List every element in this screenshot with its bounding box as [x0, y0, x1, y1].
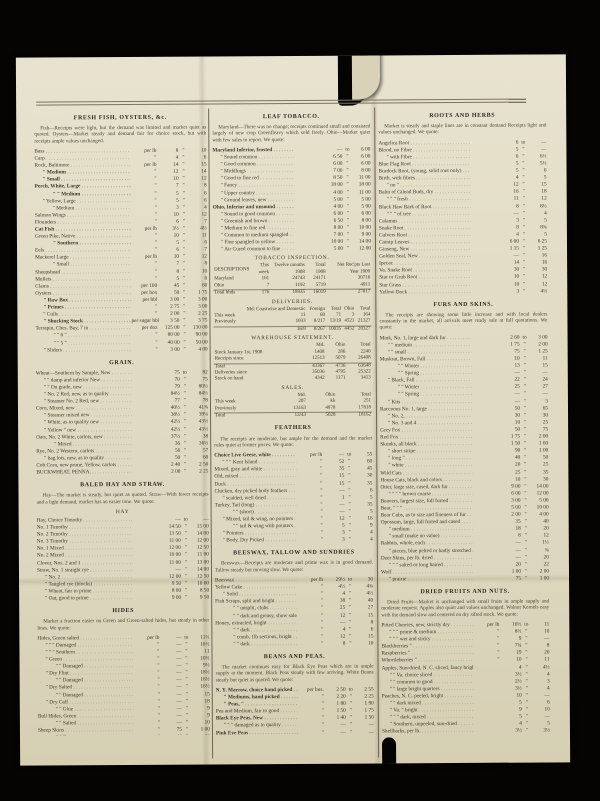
column-1: FRESH FISH, OYSTERS, &c.Fish—Receipts we…	[34, 109, 210, 736]
range-separator: "	[520, 405, 530, 412]
range-separator: "	[346, 729, 356, 734]
range-separator: "	[521, 554, 531, 561]
range-separator: "	[180, 412, 190, 419]
column-3: ROOTS AND HERBSMarket is steady and stap…	[378, 106, 550, 733]
range-separator: "	[178, 162, 188, 169]
range-separator: "	[521, 519, 531, 526]
item-name: Yellow Dock	[379, 289, 471, 297]
range-separator: "	[179, 233, 189, 240]
table-cell: 3413	[347, 376, 372, 383]
range-separator: to	[181, 517, 191, 524]
range-separator: "	[346, 701, 356, 708]
price-low: 9 00	[159, 595, 181, 602]
range-separator: "	[522, 685, 532, 692]
range-separator: "	[182, 698, 192, 705]
table-total-cell: 10035	[326, 326, 342, 333]
range-separator: "	[520, 434, 530, 441]
range-separator: "	[181, 580, 191, 587]
range-separator: "	[181, 595, 191, 602]
range-separator: "	[182, 734, 192, 736]
range-separator: "	[181, 656, 191, 663]
range-separator: "	[522, 721, 532, 728]
table-total-cell: 16/8	[239, 326, 306, 333]
section-title: BEANS AND PEAS.	[215, 654, 373, 662]
price-row: " Sliders"3 00"4 00	[36, 346, 208, 354]
table-cell: 12513	[300, 356, 325, 363]
range-separator: "	[180, 447, 190, 454]
table-total-cell: 18162	[336, 412, 372, 419]
range-separator: to	[346, 687, 356, 694]
statistics-table: Md.OhioTotalThis week207kk251Previously1…	[214, 392, 372, 420]
item-name: BUCKWHEAT, PENNA.	[36, 469, 132, 477]
table-title: SALES.	[214, 384, 372, 392]
table-header: This week	[250, 264, 270, 277]
range-separator: "	[521, 636, 531, 643]
range-separator: "	[179, 254, 189, 261]
item-name: " Sliders	[36, 347, 132, 355]
section-intro: Fish—Receipts were light, but the demand…	[34, 125, 206, 145]
range-separator: "	[181, 559, 191, 566]
table-cell: 13/19	[326, 319, 342, 326]
range-separator: "	[181, 566, 191, 573]
range-separator: "	[344, 487, 354, 494]
range-separator: "	[180, 346, 190, 353]
section-intro: Market is steady and staple lines are in…	[378, 123, 546, 137]
range-separator: "	[522, 714, 532, 721]
range-separator: "	[345, 516, 355, 523]
table-title: TOBACCO INSPECTION.	[213, 255, 371, 263]
range-separator: "	[178, 148, 188, 155]
range-separator: "	[181, 524, 191, 531]
table-cell: 21327	[355, 319, 371, 326]
table-total-cell: Total	[214, 413, 271, 420]
table-header: Total 1908	[306, 263, 327, 276]
range-separator: "	[345, 612, 355, 619]
header-rule	[36, 99, 526, 106]
price-low: 75	[499, 576, 521, 583]
range-separator: "	[179, 176, 189, 183]
price-low: 5 00	[321, 246, 343, 253]
price-row: " " Dry"40"60	[38, 734, 210, 736]
statistics-table: DESCRIPTIONSThis weekTwelve months 1908T…	[213, 263, 371, 297]
range-separator: "	[179, 282, 189, 289]
price-high: 2 25	[190, 469, 208, 476]
range-separator: "	[345, 641, 355, 648]
section-title: LEAF TOBACCO.	[212, 114, 370, 122]
item-name: Pink Eye Peas	[216, 730, 298, 735]
range-separator: "	[181, 588, 191, 595]
range-separator: "	[344, 466, 354, 473]
range-separator: "	[520, 412, 530, 419]
item-unit: "	[297, 537, 323, 544]
table-total-cell: 5028	[307, 412, 336, 419]
range-separator: "	[518, 146, 528, 153]
item-name: " Air Cured common to fine	[213, 246, 295, 254]
range-separator: "	[342, 154, 352, 161]
range-separator: "	[521, 650, 531, 657]
price-row: Shellbarks, per lb.3½"3½	[382, 728, 550, 734]
range-separator: "	[182, 684, 192, 691]
item-name: " " Dry	[38, 734, 134, 735]
range-separator: "	[521, 497, 531, 504]
section-intro: The market continues easy for Black Eye …	[216, 664, 374, 684]
range-separator: "	[182, 663, 192, 670]
range-separator: "	[520, 419, 530, 426]
section-title: BEESWAX, TALLOW AND SUNDRIES	[215, 550, 373, 558]
item-unit: "	[132, 346, 158, 353]
price-high: 3½	[532, 728, 550, 734]
range-separator: "	[343, 168, 353, 175]
statistics-table: Md. Coastwise and DomesticForeignTotalOh…	[213, 306, 371, 334]
price-row: " Oat, good to prime9 00"9 50	[37, 595, 209, 603]
section-intro: Dried Fruits—Market is unchanged with sm…	[381, 599, 549, 619]
range-separator: "	[518, 153, 528, 160]
section-subtitle: HAY	[37, 508, 209, 516]
table-total-cell: 18935	[270, 290, 306, 297]
range-separator: "	[519, 210, 529, 217]
range-separator: to	[344, 452, 354, 459]
range-separator: "	[520, 348, 530, 355]
range-separator: "	[520, 476, 530, 483]
price-low: 3½	[500, 728, 522, 733]
range-separator: "	[182, 670, 192, 677]
table-cell: 4342	[300, 376, 325, 383]
range-separator: "	[345, 523, 355, 530]
table-total-cell: 4452	[342, 326, 355, 333]
range-separator: "	[521, 547, 531, 554]
range-separator: "	[520, 455, 530, 462]
range-separator: "	[182, 727, 192, 734]
range-separator: "	[343, 210, 353, 217]
range-separator: "	[179, 219, 189, 226]
range-separator: "	[179, 190, 189, 197]
range-separator: "	[179, 226, 189, 233]
range-separator: "	[345, 537, 355, 544]
range-separator: "	[522, 678, 532, 685]
range-separator: "	[520, 469, 530, 476]
range-separator: "	[180, 469, 190, 476]
price-low: 40	[160, 734, 182, 736]
range-separator: "	[521, 526, 531, 533]
range-separator: "	[520, 490, 530, 497]
range-separator: "	[181, 642, 191, 649]
range-separator: to	[521, 622, 531, 629]
price-row: " prairie75"1 00	[381, 575, 549, 583]
range-separator: "	[179, 268, 189, 275]
range-separator: "	[520, 370, 530, 377]
price-row: Yellow Dock3"4½	[379, 288, 547, 296]
range-separator: "	[345, 633, 355, 640]
item-unit: "	[298, 729, 324, 734]
price-high: 12 00	[353, 246, 371, 253]
price-low: 3	[497, 288, 519, 295]
range-separator: "	[519, 224, 529, 231]
range-separator: "	[345, 619, 355, 626]
range-separator: "	[181, 531, 191, 538]
section-title: GRAIN.	[36, 359, 208, 367]
range-separator: "	[520, 483, 530, 490]
range-separator: "	[182, 691, 192, 698]
range-separator: "	[519, 246, 529, 253]
range-separator: "	[520, 462, 530, 469]
table-cell: 8/217	[307, 319, 326, 326]
range-separator: "	[520, 384, 530, 391]
range-separator: "	[522, 707, 532, 714]
range-separator: "	[521, 533, 531, 540]
table-total-cell: 27817	[327, 289, 372, 296]
range-separator: to	[181, 634, 191, 641]
range-separator: to	[345, 577, 355, 584]
price-low: 3	[323, 537, 345, 544]
item-name: " prairie	[381, 576, 473, 584]
table-cell: 7	[251, 283, 271, 290]
range-separator: "	[343, 246, 353, 253]
section-intro: Maryland—There was no change; receipts c…	[212, 124, 370, 144]
table-total-cell: 8/267	[307, 326, 326, 333]
price-low: 8	[323, 641, 345, 648]
table-cell: 26408	[346, 356, 371, 363]
table-cell: Previously	[213, 320, 239, 327]
item-unit	[474, 728, 500, 733]
section-intro: Market a fraction easier on Green and Gr…	[37, 618, 209, 632]
section-intro: Beeswax—Receipts are moderate and prime …	[215, 560, 373, 574]
range-separator: "	[521, 561, 531, 568]
range-separator: to	[180, 369, 190, 376]
range-separator: "	[521, 575, 531, 582]
range-separator: "	[180, 384, 190, 391]
price-row: " " dark"8"10	[215, 640, 373, 648]
range-separator: "	[519, 182, 529, 189]
range-separator: "	[179, 297, 189, 304]
range-separator: "	[345, 605, 355, 612]
item-unit	[295, 246, 321, 253]
item-unit: "	[297, 641, 323, 648]
range-separator: "	[521, 505, 531, 512]
range-separator: "	[181, 538, 191, 545]
range-separator: "	[180, 426, 190, 433]
range-separator: "	[180, 419, 190, 426]
column-2: LEAF TOBACCO.Maryland—There was no chang…	[212, 108, 374, 735]
item-name: " Body, Dry Picked	[215, 537, 297, 545]
range-separator: "	[345, 494, 355, 501]
range-separator: "	[343, 182, 353, 189]
range-separator: "	[182, 712, 192, 719]
range-separator: "	[179, 204, 189, 211]
range-separator: "	[346, 694, 356, 701]
table-header: Md. Coastwise and Domestic	[239, 307, 306, 314]
price-row: " Body, Dry Picked"3"4	[215, 537, 373, 545]
range-separator: "	[345, 626, 355, 633]
range-separator: "	[345, 530, 355, 537]
range-separator: "	[181, 545, 191, 552]
range-separator: "	[519, 281, 529, 288]
range-separator: "	[343, 189, 353, 196]
item-unit	[473, 576, 499, 583]
section-title: FEATHERS	[214, 425, 372, 433]
table-title: WAREHOUSE STATEMENT.	[214, 335, 372, 343]
section-title: FRESH FISH, OYSTERS, &c.	[34, 115, 206, 123]
range-separator: "	[520, 363, 530, 370]
table-cell: Stock on hand	[214, 376, 301, 383]
table-cell: 5079	[326, 356, 347, 363]
table-cell: 5719	[306, 282, 327, 289]
section-intro: Hay—The market is steady, but quiet as q…	[37, 492, 209, 506]
range-separator: "	[520, 398, 530, 405]
range-separator: "	[179, 247, 189, 254]
range-separator: "	[179, 261, 189, 268]
range-separator: "	[520, 391, 530, 398]
range-separator: "	[342, 161, 352, 168]
range-separator: "	[344, 473, 354, 480]
range-separator: "	[520, 427, 530, 434]
range-separator: "	[520, 448, 530, 455]
item-name: " " dark	[215, 641, 297, 649]
range-separator: "	[181, 552, 191, 559]
price-row: BUCKWHEAT, PENNA.2 00"2 25	[36, 469, 208, 477]
range-separator: "	[522, 671, 532, 678]
range-separator: "	[519, 203, 529, 210]
table-total-cell	[213, 327, 239, 334]
range-separator: "	[180, 405, 190, 412]
range-separator: "	[519, 260, 529, 267]
range-separator: to	[518, 139, 528, 146]
section-title: BALED HAY AND STRAW.	[36, 482, 208, 490]
section-title: ROOTS AND HERBS	[378, 112, 546, 120]
range-separator: "	[519, 231, 529, 238]
item-unit	[132, 469, 158, 476]
section-title: HIDES	[37, 608, 209, 616]
table-title: DELIVERIES.	[213, 298, 371, 306]
range-separator: "	[343, 218, 353, 225]
range-separator: "	[345, 591, 355, 598]
range-separator: "	[343, 239, 353, 246]
range-separator: "	[179, 197, 189, 204]
table-total-cell: 13/43	[271, 412, 307, 419]
price-high: 9 50	[191, 595, 209, 602]
table-cell: 4521	[342, 319, 355, 326]
table-header: Net Rec'pts Last Year 1909	[327, 263, 372, 276]
range-separator: "	[519, 189, 529, 196]
range-separator: "	[344, 480, 354, 487]
range-separator: "	[522, 692, 532, 699]
price-row: Pink Eye Peas"—"—	[216, 729, 374, 734]
range-separator: "	[345, 584, 355, 591]
range-separator: "	[346, 715, 356, 722]
range-separator: "	[180, 440, 190, 447]
table-total-cell: 176	[251, 290, 271, 297]
range-separator: "	[345, 509, 355, 516]
range-separator: "	[181, 573, 191, 580]
section-title: DRIED FRUITS AND NUTS.	[381, 588, 549, 596]
range-separator: "	[182, 705, 192, 712]
range-separator: "	[346, 722, 356, 729]
range-separator: "	[343, 196, 353, 203]
range-separator: "	[180, 398, 190, 405]
range-separator: "	[521, 568, 531, 575]
price-high: 1 00	[531, 575, 549, 582]
range-separator: "	[519, 196, 529, 203]
range-separator: "	[518, 161, 528, 168]
range-separator: "	[519, 267, 529, 274]
range-separator: "	[182, 677, 192, 684]
range-separator: "	[180, 455, 190, 462]
price-current-sheet: FRESH FISH, OYSTERS, &c.Fish—Receipts we…	[16, 54, 570, 765]
item-name: " Oat, good to prime	[37, 595, 133, 603]
range-separator: "	[179, 311, 189, 318]
price-row: " Air Cured common to fine5 00"12 00	[213, 246, 371, 254]
price-high: 4	[355, 537, 373, 544]
range-separator: "	[179, 275, 189, 282]
range-separator: "	[179, 289, 189, 296]
range-separator: "	[520, 341, 530, 348]
range-separator: "	[519, 217, 529, 224]
range-separator: "	[520, 377, 530, 384]
range-separator: "	[180, 332, 190, 339]
range-separator: "	[179, 183, 189, 190]
range-separator: "	[344, 459, 354, 466]
range-separator: "	[179, 211, 189, 218]
range-separator: "	[179, 169, 189, 176]
range-separator: "	[180, 377, 190, 384]
range-separator: "	[180, 462, 190, 469]
range-separator: "	[522, 700, 532, 707]
range-separator: "	[519, 274, 529, 281]
range-separator: "	[179, 240, 189, 247]
table-cell: 1171	[326, 376, 347, 383]
range-separator: "	[519, 168, 529, 175]
range-separator: "	[343, 203, 353, 210]
range-separator: "	[521, 540, 531, 547]
range-separator: "	[519, 253, 529, 260]
range-separator: "	[522, 657, 532, 664]
range-separator: "	[182, 720, 192, 727]
range-separator: to	[342, 147, 352, 154]
range-separator: "	[178, 155, 188, 162]
range-separator: "	[522, 728, 532, 734]
range-separator: "	[180, 339, 190, 346]
range-separator: "	[519, 175, 529, 182]
item-unit: "	[134, 734, 160, 736]
range-separator: "	[345, 598, 355, 605]
range-separator: "	[346, 708, 356, 715]
price-low: 3 00	[158, 346, 180, 353]
range-separator: "	[180, 391, 190, 398]
range-separator: "	[522, 664, 532, 671]
range-separator: "	[345, 501, 355, 508]
range-separator: "	[521, 643, 531, 650]
range-separator: "	[343, 225, 353, 232]
range-separator: "	[520, 356, 530, 363]
price-high: —	[356, 729, 374, 734]
price-high: 4½	[529, 288, 547, 295]
range-separator: "	[521, 629, 531, 636]
item-unit	[471, 288, 497, 295]
range-separator: "	[181, 649, 191, 656]
range-separator: to	[520, 334, 530, 341]
price-low: —	[324, 729, 346, 734]
table-total-cell: Total hhds	[213, 290, 250, 297]
range-separator: "	[519, 239, 529, 246]
section-intro: The receipts are moderate, but ample for…	[214, 435, 372, 449]
item-unit	[133, 595, 159, 602]
range-separator: "	[520, 441, 530, 448]
range-separator: "	[343, 175, 353, 182]
table-total-cell: 20327	[355, 326, 371, 333]
price-high: 4 00	[190, 346, 208, 353]
range-separator: "	[519, 288, 529, 295]
table-header: DESCRIPTIONS	[213, 264, 250, 277]
item-name: Shellbarks, per lb.	[382, 728, 474, 733]
